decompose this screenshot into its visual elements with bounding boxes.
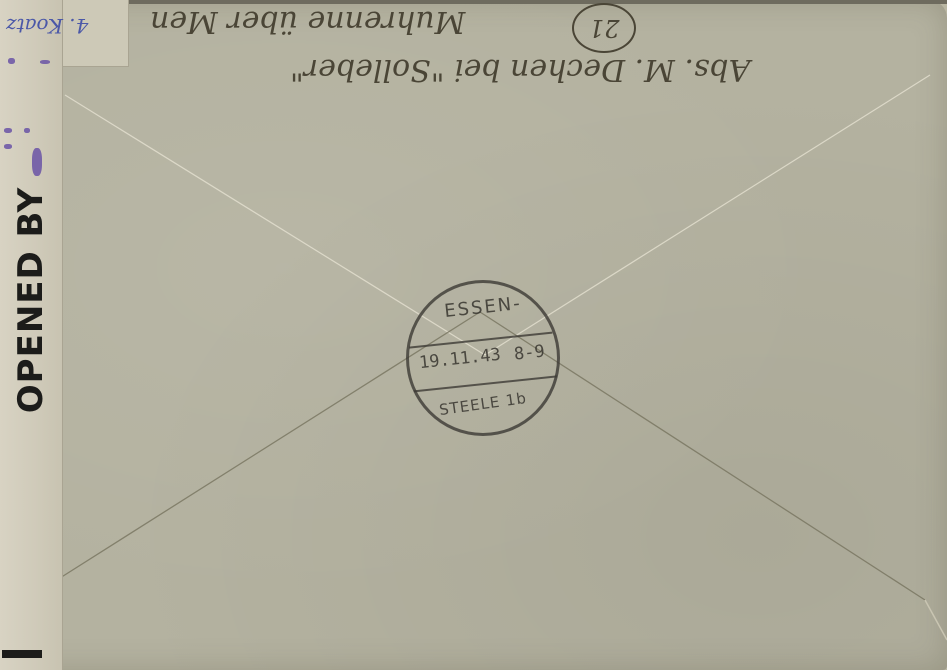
postmark-time: 8-9 bbox=[513, 341, 546, 364]
envelope-back: Muhrenne über Men 21 Abs. M. Dechen bei … bbox=[0, 0, 947, 670]
postmark-stamp: ESSEN- 19.11.43 8-9 STEELE 1b bbox=[406, 280, 560, 436]
censor-tape: OPENED BY bbox=[0, 0, 63, 670]
circled-number-text: 21 bbox=[589, 14, 620, 42]
address-handwriting-line1: Muhrenne über Men bbox=[150, 4, 465, 39]
circled-number: 21 bbox=[572, 3, 636, 53]
censor-initials: 4. Koatz bbox=[6, 14, 88, 38]
censor-label: OPENED BY bbox=[11, 187, 51, 413]
violet-ink-spot bbox=[4, 128, 12, 133]
address-handwriting-line2: Abs. M. Dechen bei "Solleber" bbox=[290, 52, 750, 87]
censor-number-fragment bbox=[2, 650, 42, 658]
violet-ink-spot bbox=[24, 128, 30, 133]
violet-ink-spot bbox=[32, 148, 42, 176]
violet-ink-spot bbox=[40, 60, 50, 64]
violet-ink-spot bbox=[4, 144, 12, 149]
violet-ink-spot bbox=[8, 58, 15, 64]
